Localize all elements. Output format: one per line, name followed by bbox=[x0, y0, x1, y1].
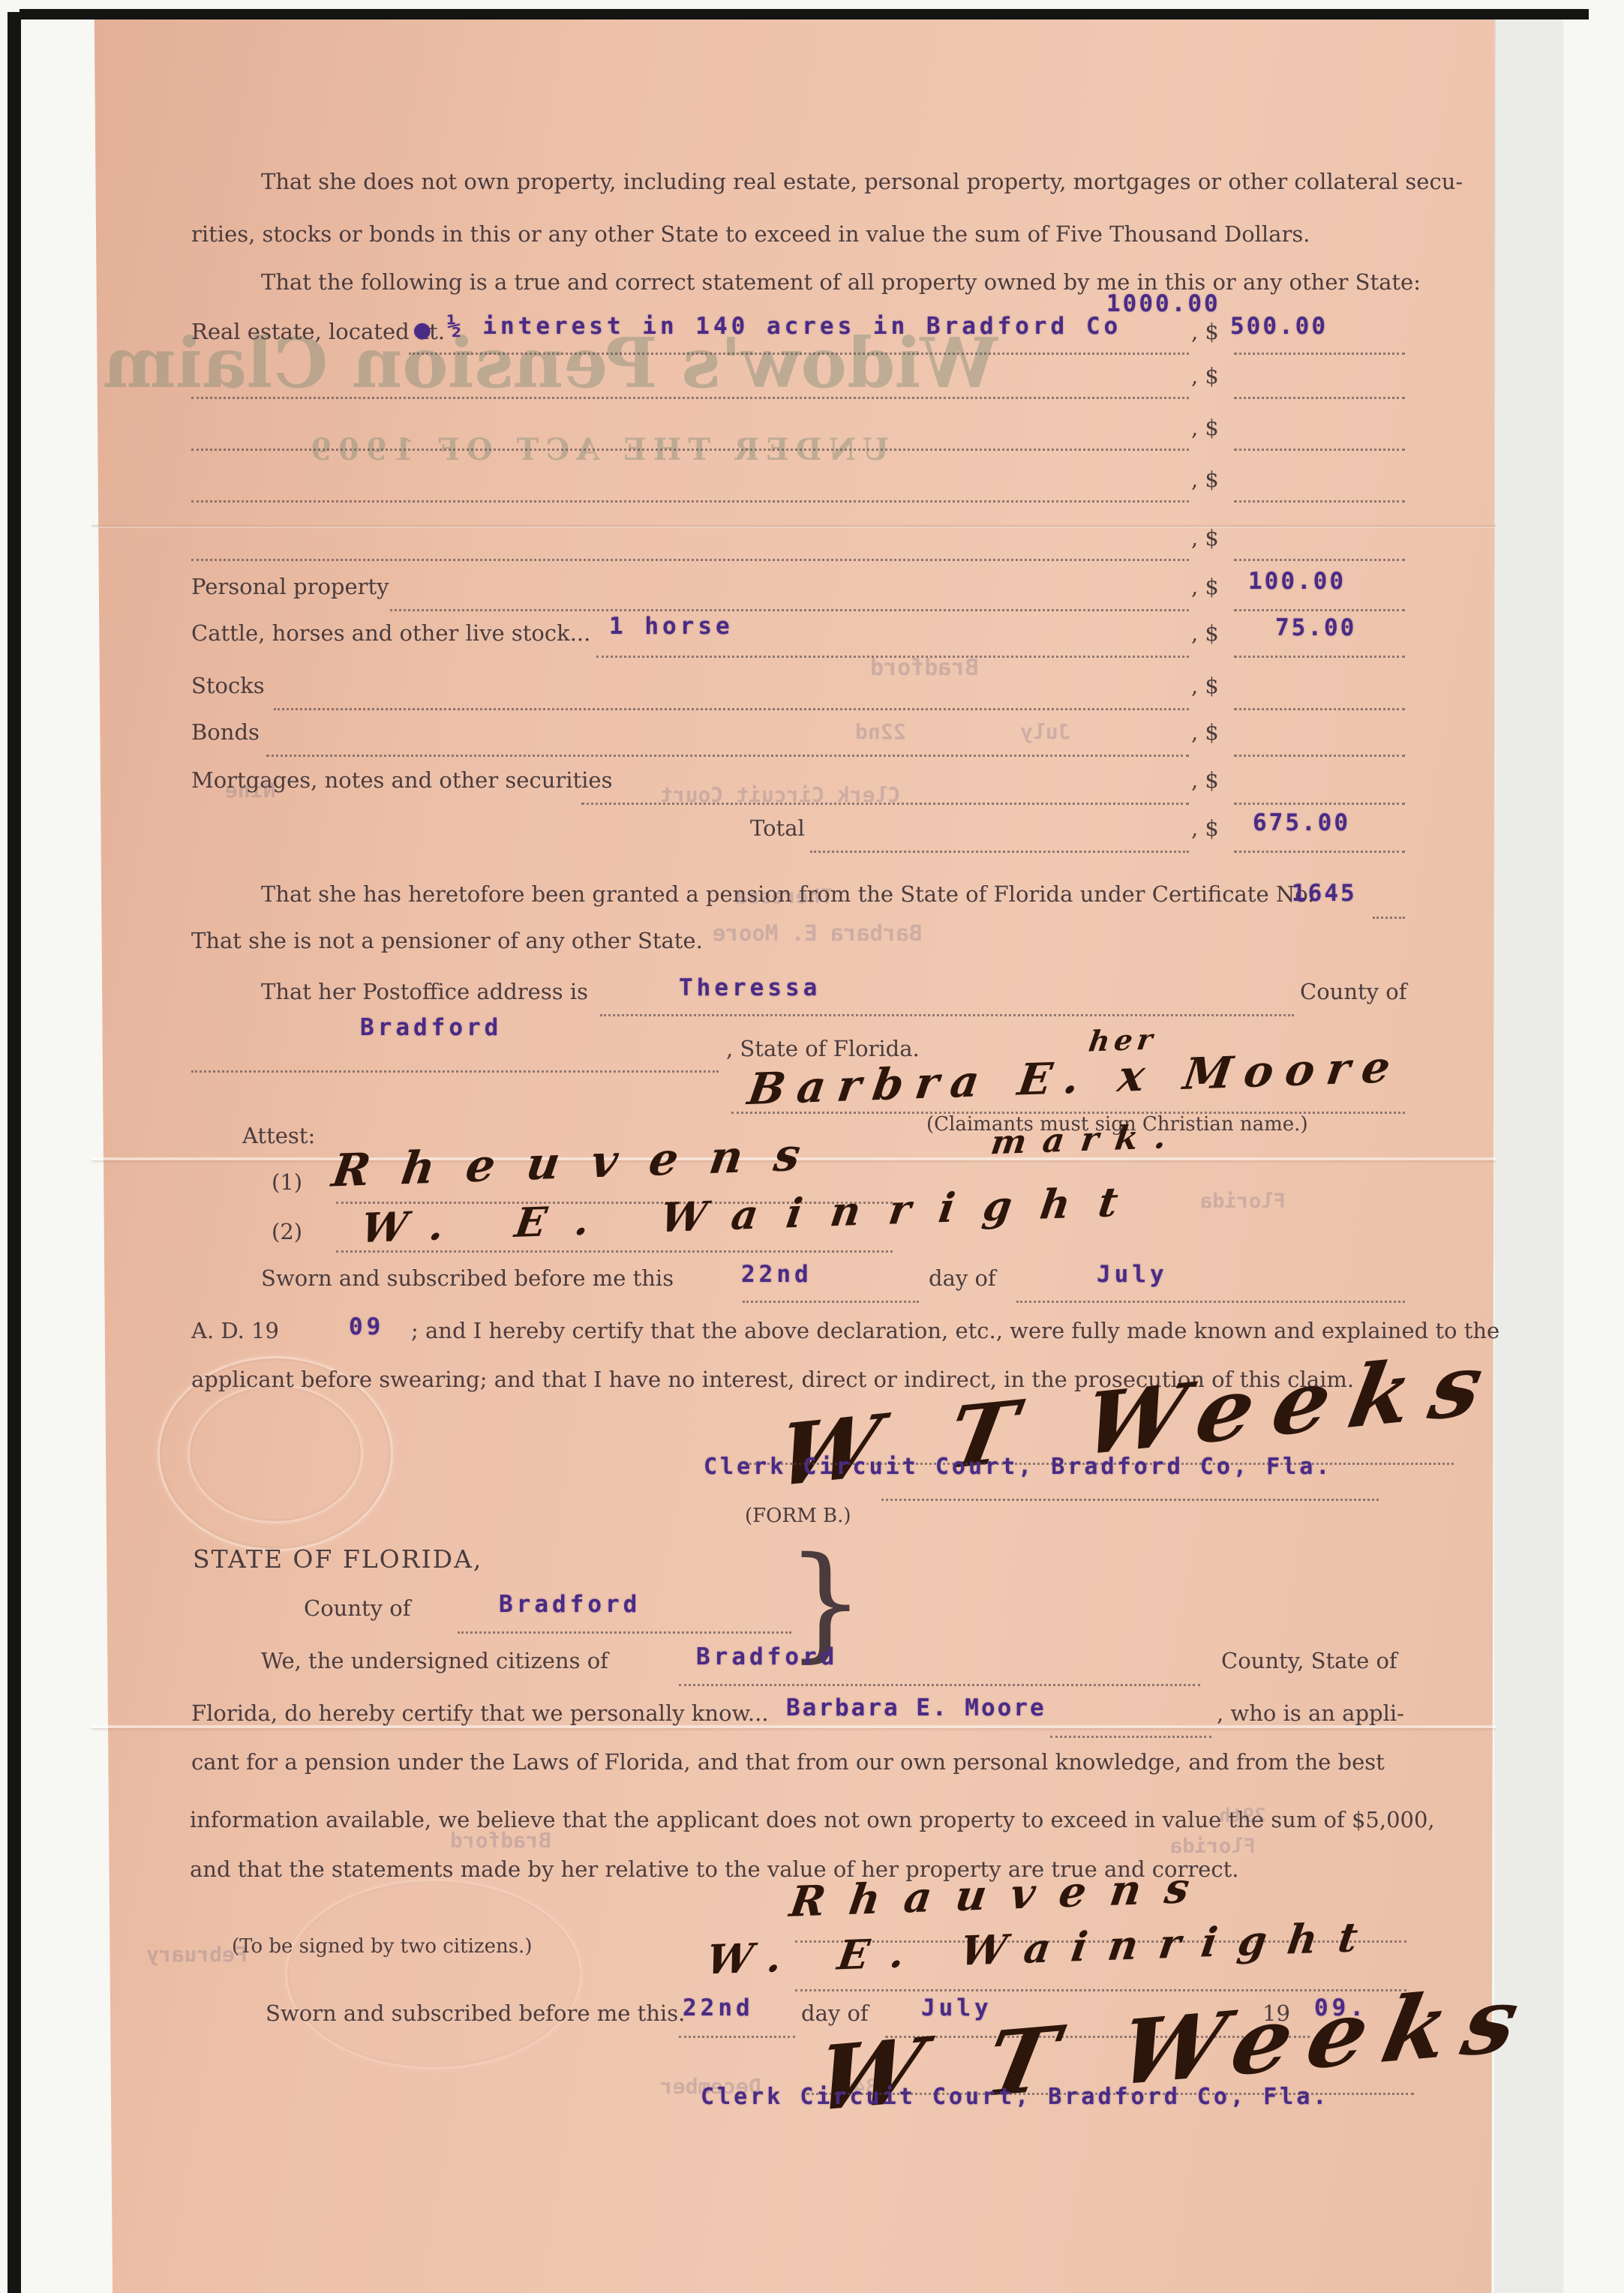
witness1-number: (1) bbox=[272, 1172, 302, 1193]
leader-dots bbox=[1373, 917, 1405, 919]
sworn2-day: 22nd bbox=[683, 1997, 754, 2020]
real-estate-amount-above: 1000.00 bbox=[1106, 293, 1220, 316]
declaration-line-2: rities, stocks or bonds in this or any o… bbox=[191, 224, 1310, 245]
leader-dots bbox=[1234, 803, 1405, 805]
postoffice-value: Theressa bbox=[679, 977, 821, 1000]
leader-dots bbox=[810, 851, 1189, 853]
know-line-suffix: , who is an appli- bbox=[1217, 1703, 1404, 1724]
citizens-line-prefix: We, the undersigned citizens of bbox=[261, 1650, 608, 1672]
leader-dots bbox=[1234, 449, 1405, 451]
stocks-label: Stocks bbox=[191, 675, 265, 697]
livestock-label: Cattle, horses and other live stock... bbox=[191, 623, 590, 644]
certificate-number: 1645 bbox=[1292, 882, 1357, 905]
bleedthrough-fragment: Bradford bbox=[450, 1830, 551, 1851]
leader-dots bbox=[1234, 708, 1405, 710]
leader-dots bbox=[881, 1499, 1379, 1501]
state-heading: STATE OF FLORIDA, bbox=[193, 1547, 482, 1571]
real-estate-label: Real estate, located at. bbox=[191, 321, 445, 343]
leader-dots bbox=[596, 656, 1189, 658]
witness2-number: (2) bbox=[272, 1221, 302, 1243]
applicant-name: Barbara E. Moore bbox=[786, 1697, 1046, 1720]
sworn-month: July bbox=[1097, 1263, 1168, 1286]
leader-dots bbox=[191, 500, 1189, 503]
leader-dots bbox=[1016, 1301, 1405, 1303]
scanned-pension-document: { "doc": { "para1_l1": "That she does no… bbox=[0, 0, 1624, 2293]
ad-suffix: ; and I hereby certify that the above de… bbox=[411, 1320, 1499, 1342]
formb-county-label: County of bbox=[304, 1598, 410, 1619]
scan-edge-left bbox=[8, 12, 21, 2293]
total-label: Total bbox=[750, 818, 805, 839]
clerk-title-2: Clerk Circuit Court, Bradford Co, Fla. bbox=[701, 2086, 1329, 2108]
county-of-label: County of bbox=[1300, 981, 1406, 1003]
certify-line-4: information available, we believe that t… bbox=[190, 1809, 1435, 1831]
comma-dollar: , $ bbox=[1191, 417, 1219, 439]
livestock-entry: 1 horse bbox=[609, 615, 734, 638]
attest-label: Attest: bbox=[242, 1125, 315, 1147]
leader-dots bbox=[600, 1014, 1294, 1016]
leader-dots bbox=[266, 755, 1189, 757]
leader-dots bbox=[191, 449, 1189, 451]
declaration-line-1: That she does not own property, includin… bbox=[261, 171, 1463, 193]
sworn-day-of: day of bbox=[929, 1268, 996, 1289]
comma-dollar: , $ bbox=[1191, 469, 1219, 491]
personal-property-label: Personal property bbox=[191, 576, 389, 598]
embossed-county-seal-inner bbox=[188, 1384, 363, 1523]
bleedthrough-fragment: Bradford bbox=[870, 657, 979, 680]
leader-dots bbox=[1234, 397, 1405, 399]
real-estate-amount: 500.00 bbox=[1230, 315, 1328, 338]
leader-dots bbox=[1234, 851, 1405, 853]
leader-dots bbox=[679, 1684, 1200, 1686]
leader-dots bbox=[191, 1070, 719, 1073]
bonds-label: Bonds bbox=[191, 722, 260, 743]
ad-prefix: A. D. 19 bbox=[191, 1320, 279, 1342]
real-estate-blot: ● bbox=[414, 317, 431, 344]
comma-dollar: , $ bbox=[1191, 675, 1219, 697]
total-amount: 675.00 bbox=[1253, 812, 1350, 835]
bleedthrough-fragment: Florida bbox=[1200, 1191, 1286, 1211]
leader-dots bbox=[191, 397, 1189, 399]
two-citizens-note: (To be signed by two citizens.) bbox=[232, 1937, 532, 1956]
comma-dollar: , $ bbox=[1191, 321, 1219, 343]
bleedthrough-fragment: Florida bbox=[1170, 1836, 1256, 1856]
leader-dots bbox=[1234, 500, 1405, 503]
leader-dots bbox=[390, 609, 1189, 611]
scan-edge-top bbox=[20, 9, 1589, 20]
comma-dollar: , $ bbox=[1191, 576, 1219, 598]
leader-dots bbox=[191, 559, 1189, 561]
leader-dots bbox=[1234, 656, 1405, 658]
know-line-prefix: Florida, do hereby certify that we perso… bbox=[191, 1703, 769, 1724]
livestock-amount: 75.00 bbox=[1275, 617, 1356, 640]
leader-dots bbox=[1234, 755, 1405, 757]
comma-dollar: , $ bbox=[1191, 818, 1219, 839]
clerk-title: Clerk Circuit Court, Bradford Co, Fla. bbox=[704, 1456, 1332, 1478]
bleedthrough-fragment: 22nd bbox=[855, 722, 905, 743]
leader-dots bbox=[409, 353, 1189, 355]
sworn-day: 22nd bbox=[741, 1263, 812, 1286]
formb-county-value: Bradford bbox=[499, 1593, 641, 1616]
leader-dots bbox=[1234, 353, 1405, 355]
leader-dots bbox=[458, 1631, 791, 1634]
statement-intro: That the following is a true and correct… bbox=[261, 272, 1421, 293]
comma-dollar: , $ bbox=[1191, 365, 1219, 387]
county-value: Bradford bbox=[360, 1016, 502, 1040]
sworn2-prefix: Sworn and subscribed before me this. bbox=[266, 2003, 685, 2024]
sleeve-edge bbox=[1494, 20, 1563, 2293]
leader-dots bbox=[743, 1301, 919, 1303]
mortgages-label: Mortgages, notes and other securities bbox=[191, 770, 612, 791]
embossed-county-seal bbox=[285, 1879, 582, 2069]
leader-dots bbox=[679, 2036, 795, 2038]
sworn2-day-of: day of bbox=[801, 2003, 869, 2024]
citizens-line-suffix: County, State of bbox=[1221, 1650, 1397, 1672]
pensioner-line: That she is not a pensioner of any other… bbox=[191, 930, 703, 952]
ad-year: 09 bbox=[349, 1316, 384, 1339]
leader-dots bbox=[336, 1250, 893, 1253]
comma-dollar: , $ bbox=[1191, 527, 1219, 549]
certificate-line: That she has heretofore been granted a p… bbox=[261, 884, 1314, 905]
citizens-county-value: Bradford bbox=[696, 1646, 838, 1669]
leader-dots bbox=[581, 803, 1189, 805]
comma-dollar: , $ bbox=[1191, 722, 1219, 743]
postoffice-label: That her Postoffice address is bbox=[261, 981, 588, 1003]
bleedthrough-fragment: July bbox=[1020, 722, 1070, 743]
real-estate-entry: ½ interest in 140 acres in Bradford Co bbox=[447, 315, 1121, 338]
bleedthrough-fragment: Barbara E. Moore bbox=[713, 923, 922, 944]
sworn-line-prefix: Sworn and subscribed before me this bbox=[261, 1268, 674, 1289]
leader-dots bbox=[274, 708, 1189, 710]
mark-annotation: mark. bbox=[989, 1121, 1185, 1160]
fold-crease bbox=[92, 525, 1496, 528]
comma-dollar: , $ bbox=[1191, 770, 1219, 791]
leader-dots bbox=[1234, 559, 1405, 561]
state-of-florida-label: , State of Florida. bbox=[726, 1038, 920, 1060]
comma-dollar: , $ bbox=[1191, 623, 1219, 644]
leader-dots bbox=[1234, 609, 1405, 611]
personal-property-amount: 100.00 bbox=[1248, 570, 1346, 593]
leader-dots bbox=[1050, 1736, 1211, 1738]
certify-line-3: cant for a pension under the Laws of Flo… bbox=[191, 1751, 1385, 1773]
form-b-caption: (FORM B.) bbox=[745, 1506, 851, 1526]
